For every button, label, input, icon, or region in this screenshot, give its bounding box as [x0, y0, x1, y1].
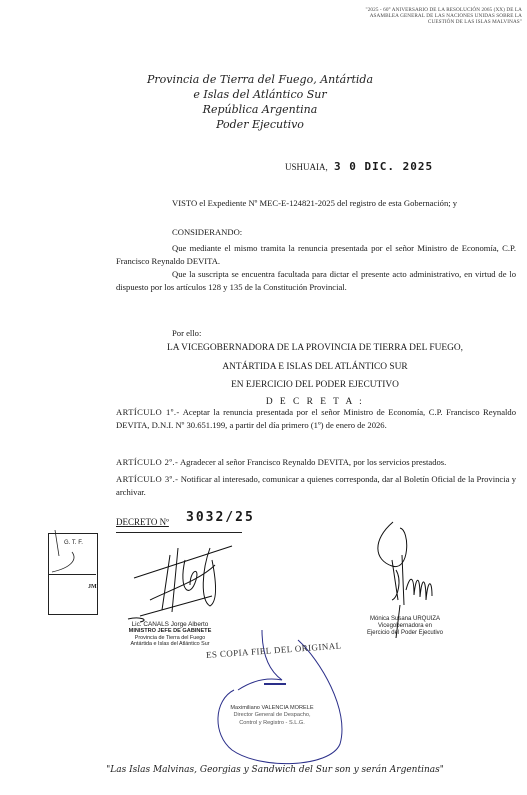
right-signatory-title-2: Ejercicio del Poder Ejecutivo	[355, 630, 455, 637]
article-2-text: Agradecer al señor Francisco Reynaldo DE…	[180, 457, 446, 467]
visto-paragraph: VISTO el Expediente Nº MEC-E-124821-2025…	[172, 197, 457, 210]
left-signatory-org-2: Antártida e Islas del Atlántico Sur	[110, 641, 230, 647]
decree-number: 3032/25	[186, 510, 255, 525]
date-line: USHUAIA, 3 0 DIC. 2025	[285, 160, 433, 173]
certifier-department: Control y Registro - S.L.G.	[218, 720, 326, 727]
considerando-paragraph-1: Que mediante el mismo tramita la renunci…	[116, 242, 516, 268]
por-ello: Por ello:	[172, 327, 201, 340]
left-signature	[128, 546, 232, 622]
authority-line-3: EN EJERCICIO DEL PODER EJECUTIVO	[110, 380, 520, 390]
malvinas-footer: "Las Islas Malvinas, Georgias y Sandwich…	[100, 763, 450, 778]
letterhead-province: Provincia de Tierra del Fuego, Antártida	[140, 72, 380, 87]
gtf-box-divider	[48, 574, 96, 575]
letterhead-islands: e Islas del Atlántico Sur	[140, 87, 380, 102]
anniversary-line-3: CUESTIÓN DE LAS ISLAS MALVINAS"	[300, 19, 522, 25]
right-signatory-title: Vicegobernadora en	[355, 623, 455, 630]
letterhead: Provincia de Tierra del Fuego, Antártida…	[140, 72, 380, 132]
letterhead-country: República Argentina	[140, 102, 380, 117]
article-2: ARTÍCULO 2º.- Agradecer al señor Francis…	[116, 456, 516, 469]
article-3-label: ARTÍCULO 3º.-	[116, 474, 178, 484]
certifier-name: Maximiliano VALENCIA MORELE	[218, 705, 326, 712]
left-signature-block: Lic. CANALS Jorge Alberto MINISTRO JEFE …	[110, 622, 230, 647]
gtf-initials: JM	[88, 584, 97, 590]
article-1: ARTÍCULO 1º.- Aceptar la renuncia presen…	[116, 406, 516, 432]
right-signatory-name: Mónica Susana URQUIZA	[355, 616, 455, 623]
certifier-title: Director General de Despacho,	[218, 712, 326, 719]
anniversary-header: "2025 - 60° ANIVERSARIO DE LA RESOLUCIÓN…	[300, 7, 522, 26]
article-1-label: ARTÍCULO 1º.-	[116, 407, 180, 417]
decree-underline	[116, 532, 242, 533]
considerando-paragraph-2: Que la suscripta se encuentra facultada …	[116, 268, 516, 294]
right-signature-block: Mónica Susana URQUIZA Vicegobernadora en…	[355, 616, 455, 637]
letterhead-branch: Poder Ejecutivo	[140, 117, 380, 132]
considerando-heading: CONSIDERANDO:	[172, 226, 242, 239]
decree-label: DECRETO Nº	[116, 517, 169, 527]
certifier-block: Maximiliano VALENCIA MORELE Director Gen…	[218, 705, 326, 727]
article-3: ARTÍCULO 3º.- Notificar al interesado, c…	[116, 473, 516, 499]
gtf-label: G. T. F.	[64, 540, 83, 546]
date-city: USHUAIA,	[285, 162, 328, 172]
article-2-label: ARTÍCULO 2º.-	[116, 457, 178, 467]
authority-line-2: ANTÁRTIDA E ISLAS DEL ATLÁNTICO SUR	[110, 362, 520, 372]
authority-line-1: LA VICEGOBERNADORA DE LA PROVINCIA DE TI…	[110, 343, 520, 353]
date-stamp: 3 0 DIC. 2025	[334, 160, 433, 173]
